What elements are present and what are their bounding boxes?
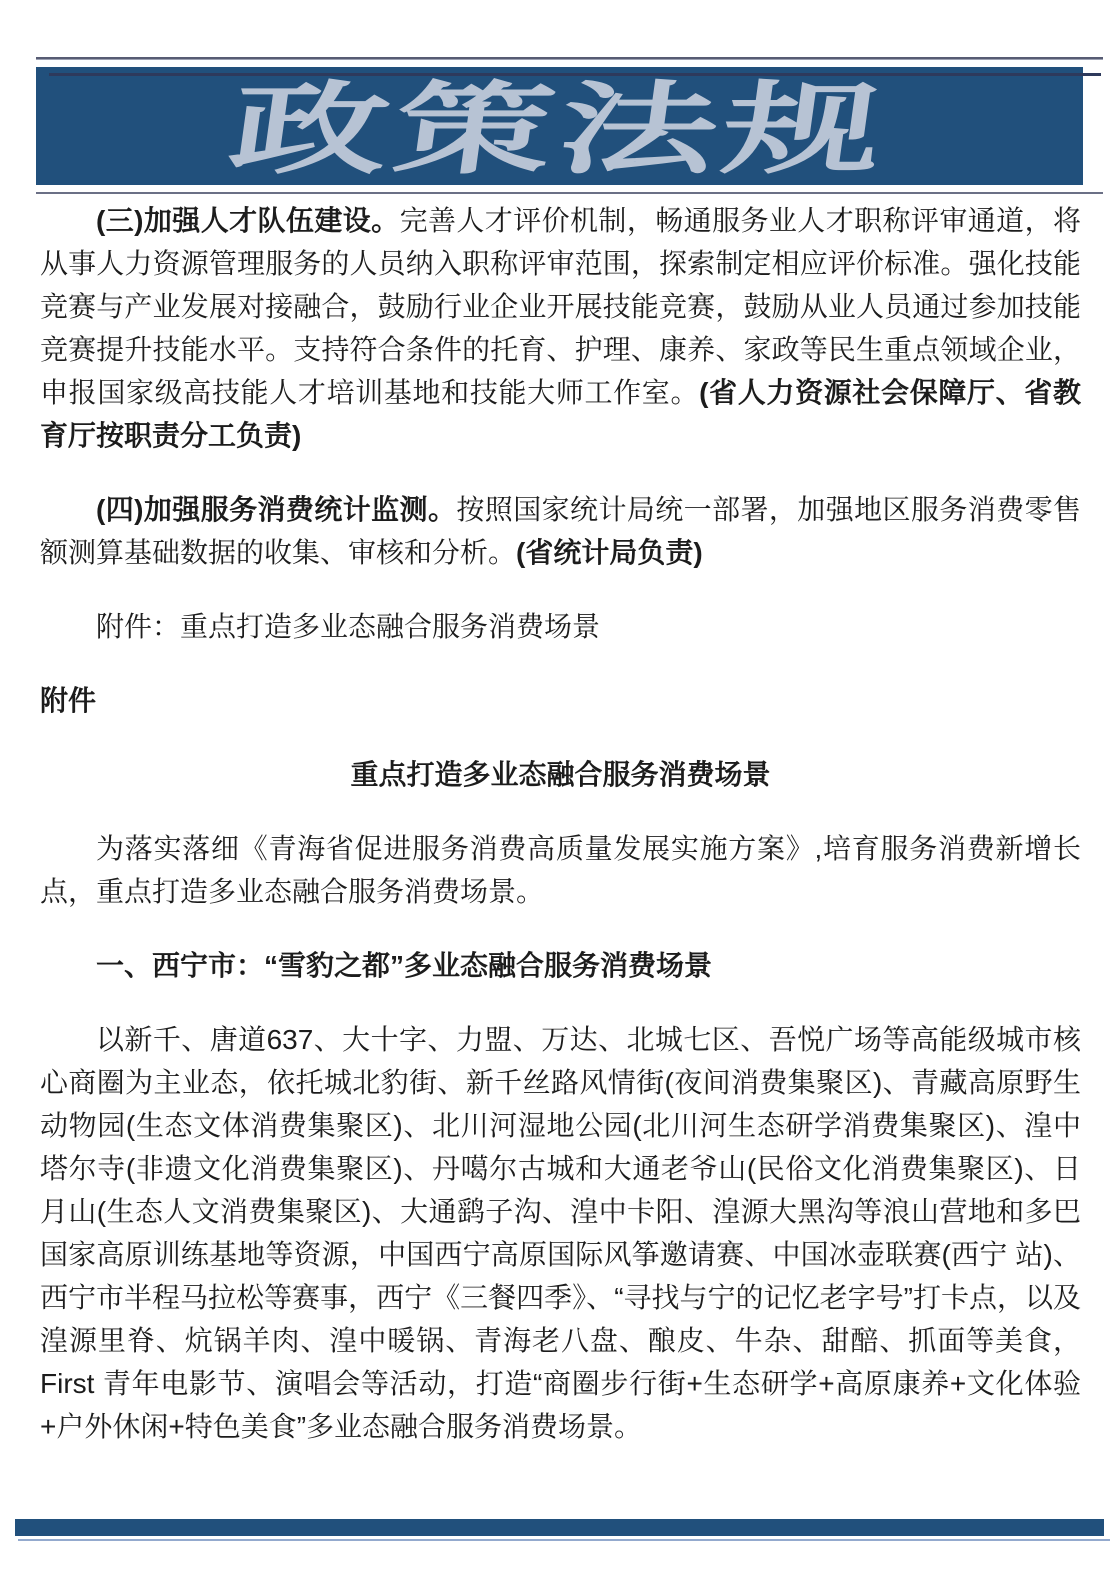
footer-bar [15, 1519, 1104, 1536]
policy-banner: 政策法规 [36, 67, 1083, 185]
paragraph-item3-lead: (三)加强人才队伍建设。 [96, 205, 400, 236]
header-bottom-rule [36, 192, 1103, 194]
paragraph-item3: (三)加强人才队伍建设。完善人才评价机制，畅通服务业人才职称评审通道，将从事人力… [40, 199, 1081, 457]
attachment-label: 附件 [40, 679, 1081, 722]
intro-paragraph: 为落实落细《青海省促进服务消费高质量发展实施方案》,培育服务消费新增长点，重点打… [40, 827, 1081, 913]
document-page: 政策法规 (三)加强人才队伍建设。完善人才评价机制，畅通服务业人才职称评审通道，… [0, 0, 1119, 1584]
attachment-reference: 附件：重点打造多业态融合服务消费场景 [40, 605, 1081, 648]
document-body: (三)加强人才队伍建设。完善人才评价机制，畅通服务业人才职称评审通道，将从事人力… [40, 199, 1081, 1479]
section1-heading: 一、西宁市：“雪豹之都”多业态融合服务消费场景 [40, 944, 1081, 987]
paragraph-item4-lead: (四)加强服务消费统计监测。 [96, 494, 456, 525]
footer-underline [18, 1539, 1110, 1541]
banner-title: 政策法规 [222, 71, 896, 189]
paragraph-item4-responsibility: (省统计局负责) [516, 537, 703, 568]
paragraph-item4: (四)加强服务消费统计监测。按照国家统计局统一部署，加强地区服务消费零售额测算基… [40, 488, 1081, 574]
section1-body: 以新千、唐道637、大十字、力盟、万达、北城七区、吾悦广场等高能级城市核心商圈为… [40, 1018, 1081, 1448]
attachment-doc-title: 重点打造多业态融合服务消费场景 [40, 753, 1081, 796]
banner-inner-line [49, 73, 1101, 76]
header-top-rule [36, 57, 1103, 60]
